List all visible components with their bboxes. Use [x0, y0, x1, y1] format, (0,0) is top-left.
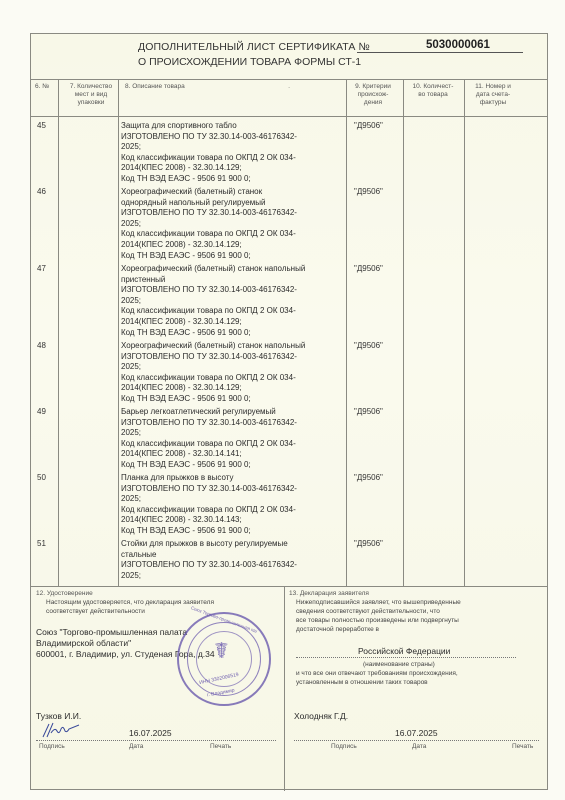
certificate-number: 5030000061: [426, 39, 490, 51]
row-number: 51: [37, 539, 46, 548]
row-number: 47: [37, 264, 46, 273]
row-description: Хореографический (балетный) станок однор…: [121, 187, 351, 261]
row-criterion: "Д9506": [354, 264, 383, 273]
declaration-text-2: и что все они отвечают требованиям проис…: [296, 669, 458, 687]
column-header-dot: ·: [288, 84, 290, 92]
row-number: 45: [37, 121, 46, 130]
row-criterion: "Д9506": [354, 187, 383, 196]
row-description: Хореографический (балетный) станок напол…: [121, 341, 351, 405]
certificate-number-underline: [357, 52, 523, 53]
column-header-row: 6. № 7. Количество мест и вид упаковки 8…: [31, 79, 547, 117]
row-description: Хореографический (балетный) станок напол…: [121, 264, 351, 338]
declaration-signature-caption: Подпись: [331, 743, 357, 750]
country-caption: (наименование страны): [363, 660, 435, 669]
certification-date: 16.07.2025: [129, 728, 172, 738]
stamp-caption: Печать: [210, 743, 231, 750]
row-description: Планка для прыжков в высоту ИЗГОТОВЛЕНО …: [121, 473, 351, 537]
signature-line: [36, 740, 276, 741]
row-number: 49: [37, 407, 46, 416]
column-header-quantity: 10. Количест- во товара: [405, 83, 461, 99]
row-description: Защита для спортивного табло ИЗГОТОВЛЕНО…: [121, 121, 351, 185]
certifier-name: Тузков И.И.: [36, 711, 81, 721]
declarant-name: Холодняк Г.Д.: [294, 711, 348, 721]
column-header-description: 8. Описание товара: [125, 83, 185, 91]
stamp-ring-text: Союз Торгово-промышленная палата Владими…: [190, 605, 257, 634]
row-criterion: "Д9506": [354, 473, 383, 482]
declaration-date: 16.07.2025: [395, 728, 438, 738]
caduceus-icon: ☤: [214, 638, 229, 664]
title-row: ДОПОЛНИТЕЛЬНЫЙ ЛИСТ СЕРТИФИКАТА № 503000…: [31, 34, 547, 80]
declaration-date-caption: Дата: [412, 743, 426, 750]
date-caption: Дата: [129, 743, 143, 750]
certification-text: Настоящим удостоверяется, что декларация…: [46, 598, 214, 616]
row-description: Барьер легкоатлетический регулируемый ИЗ…: [121, 407, 351, 471]
column-header-criteria: 9. Критерии происхож- дения: [348, 83, 398, 107]
column-header-number: 6. №: [35, 83, 49, 91]
declaration-stamp-caption: Печать: [512, 743, 533, 750]
row-criterion: "Д9506": [354, 121, 383, 130]
declaration-signature-line: [294, 740, 539, 741]
certification-label: 12. Удостоверение: [36, 590, 93, 597]
column-header-packages: 7. Количество мест и вид упаковки: [63, 83, 119, 107]
stamp-city: г. Владимир: [207, 688, 235, 699]
signature-caption: Подпись: [39, 743, 65, 750]
signature-icon: [41, 721, 81, 739]
goods-table-body: 45 Защита для спортивного табло ИЗГОТОВЛ…: [31, 116, 547, 586]
official-stamp: Союз Торгово-промышленная палата Владими…: [177, 612, 271, 706]
title-line-2: О ПРОИСХОЖДЕНИИ ТОВАРА ФОРМЫ СТ-1: [138, 56, 361, 68]
section-divider: [31, 586, 547, 587]
row-number: 46: [37, 187, 46, 196]
row-criterion: "Д9506": [354, 539, 383, 548]
country-line: [296, 657, 516, 658]
row-number: 48: [37, 341, 46, 350]
declaration-label: 13. Декларация заявителя: [289, 590, 369, 597]
row-number: 50: [37, 473, 46, 482]
certificate-sheet: ДОПОЛНИТЕЛЬНЫЙ ЛИСТ СЕРТИФИКАТА № 503000…: [30, 33, 548, 790]
country-name: Российской Федерации: [358, 646, 450, 656]
declaration-text: Нижеподписавшийся заявляет, что вышеприв…: [296, 598, 461, 634]
section-divider-vertical: [284, 586, 285, 791]
stamp-inn: ИНН 3302006519: [199, 672, 239, 686]
column-header-invoice: 11. Номер и дата счета- фактуры: [465, 83, 521, 107]
row-criterion: "Д9506": [354, 407, 383, 416]
title-line-1: ДОПОЛНИТЕЛЬНЫЙ ЛИСТ СЕРТИФИКАТА №: [138, 41, 370, 53]
row-criterion: "Д9506": [354, 341, 383, 350]
row-description: Стойки для прыжков в высоту регулируемые…: [121, 539, 351, 581]
